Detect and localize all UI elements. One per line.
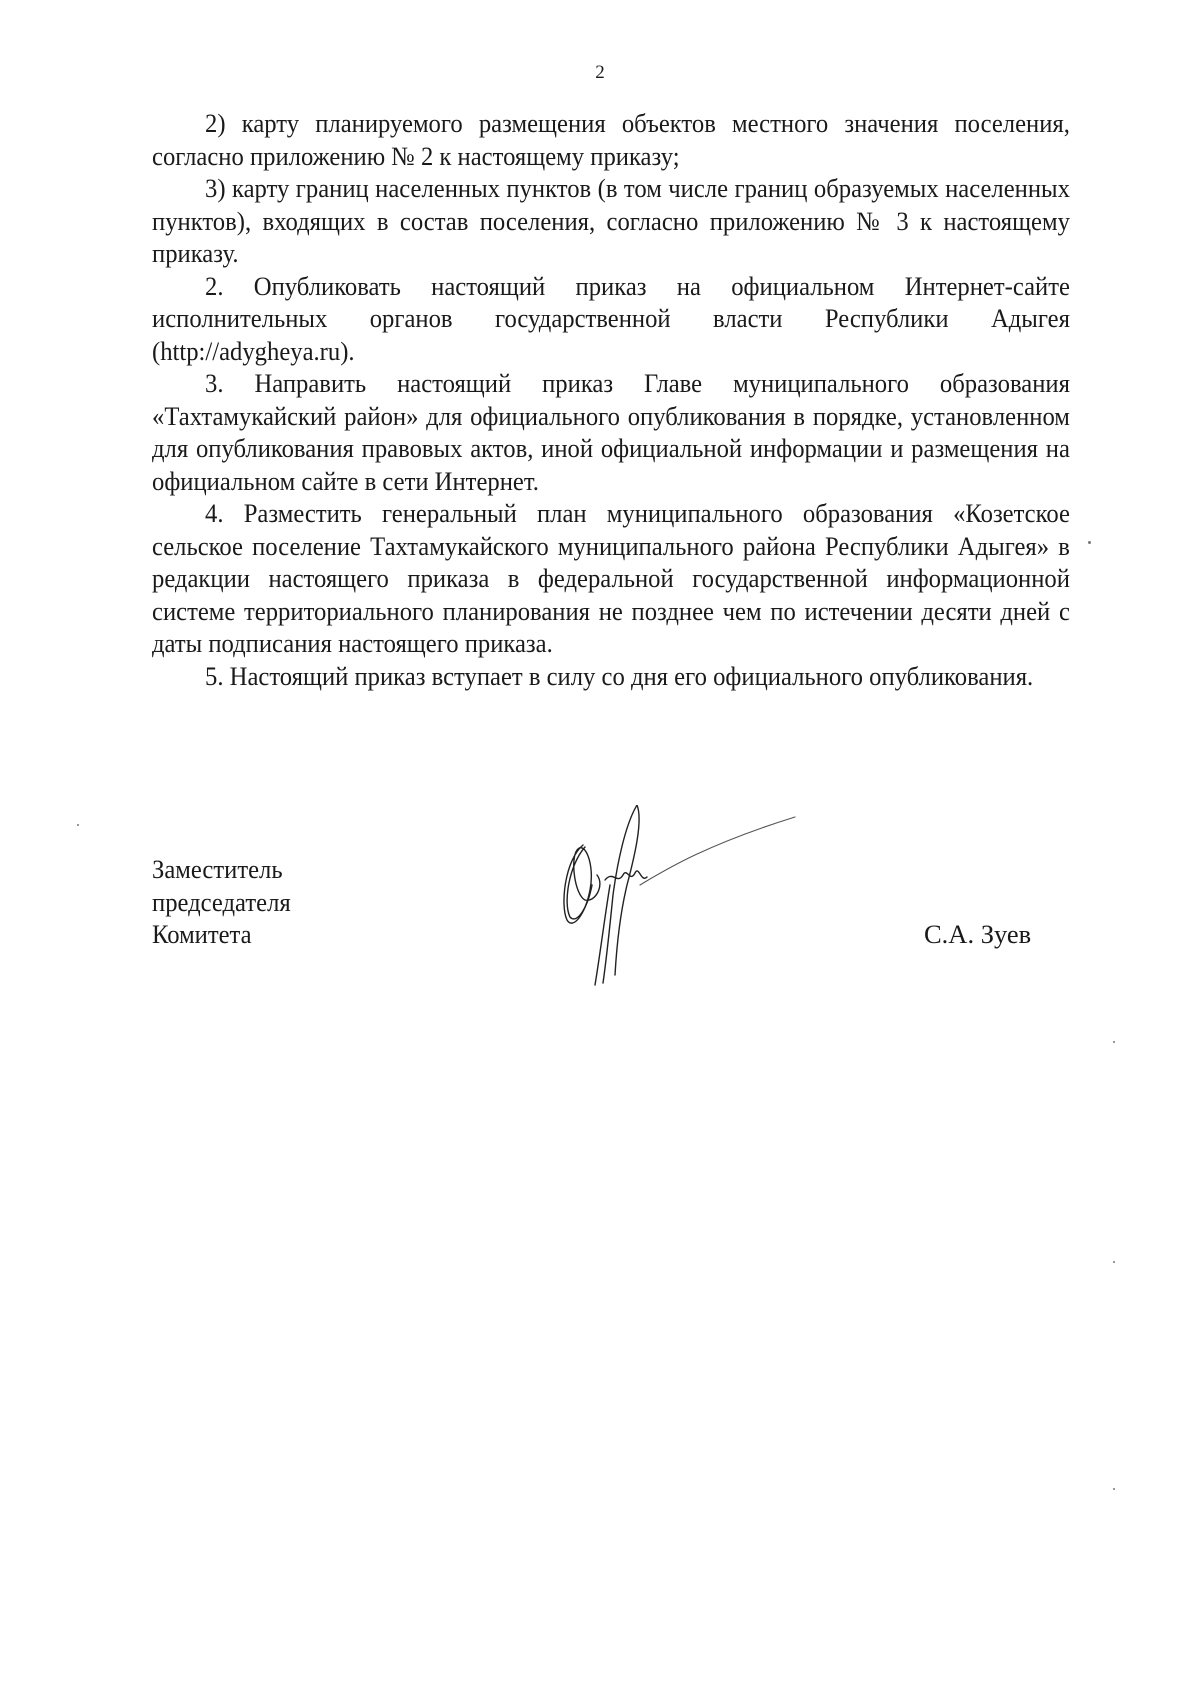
signer-position-line: председателя [152, 886, 291, 919]
paragraph-clause-3-send: 3. Направить настоящий приказ Главе муни… [152, 367, 1070, 497]
page-number: 2 [0, 62, 1200, 84]
signer-name: С.А. Зуев [924, 918, 1031, 951]
paragraph-item-2-map-objects: 2) карту планируемого размещения объекто… [152, 107, 1070, 172]
document-page: 2 2) карту планируемого размещения объек… [0, 0, 1200, 1696]
paragraph-clause-2-publish: 2. Опубликовать настоящий приказ на офиц… [152, 270, 1070, 368]
signer-position-line: Комитета [152, 918, 291, 951]
scan-speck [77, 824, 79, 826]
paragraph-item-3-map-boundaries: 3) карту границ населенных пунктов (в то… [152, 172, 1070, 270]
scan-speck [1088, 541, 1091, 544]
signer-position-line: Заместитель [152, 853, 291, 886]
document-body: 2) карту планируемого размещения объекто… [152, 107, 1070, 692]
scan-speck [1113, 1261, 1115, 1263]
scan-speck [1113, 1041, 1115, 1043]
scan-speck [1113, 1488, 1115, 1490]
signer-position: Заместитель председателя Комитета [152, 853, 301, 951]
paragraph-clause-5-effective: 5. Настоящий приказ вступает в силу со д… [152, 660, 1070, 693]
handwritten-signature-icon [555, 805, 805, 995]
paragraph-clause-4-place: 4. Разместить генеральный план муниципал… [152, 497, 1070, 660]
